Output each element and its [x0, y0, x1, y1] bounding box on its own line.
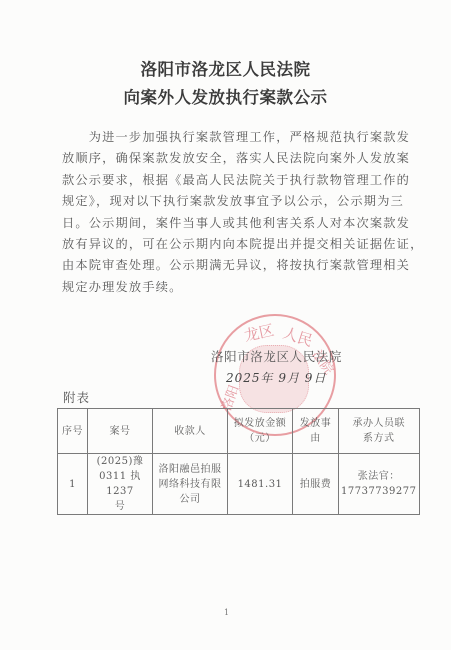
cell-payee: 洛阳融邑拍服网络科技有限公司: [153, 454, 228, 515]
header-contact: 承办人员联系方式: [339, 409, 420, 454]
cell-reason: 拍服费: [293, 454, 339, 515]
cell-case-no: (2025)豫0311 执 1237号: [88, 454, 153, 515]
court-signature: 洛阳市洛龙区人民法院: [211, 347, 342, 365]
body-line: 为进一步加强执行案款管理工作，严格规范执行案款发: [62, 127, 388, 148]
body-line: 日。公示期间，案件当事人或其他利害关系人对本次案款发: [62, 213, 388, 234]
notice-body: 为进一步加强执行案款管理工作，严格规范执行案款发 放顺序，确保案款发放安全，落实…: [62, 127, 388, 298]
document-title-line1: 洛阳市洛龙区人民法院: [0, 56, 451, 80]
signing-date: 2025年 9月 9日: [226, 369, 326, 386]
body-line: 放有异议的，可在公示期内向本院提出并提交相关证据佐证，: [62, 234, 388, 255]
page-number: 1: [224, 608, 229, 617]
body-line: 由本院审查处理。公示期满无异议，将按执行案款管理相关: [62, 255, 388, 276]
header-index: 序号: [58, 409, 88, 454]
body-line: 规定办理发放手续。: [62, 277, 388, 298]
header-amount: 拟发放金额（元）: [228, 409, 293, 454]
payment-table: 序号 案号 收款人 拟发放金额（元） 发放事由 承办人员联系方式 1 (2025…: [57, 408, 420, 515]
header-payee: 收款人: [153, 409, 228, 454]
body-line: 规定》，现对以下执行案款发放事宜予以公示，公示期为三: [62, 191, 388, 212]
cell-contact: 张法官：17737739277: [339, 454, 420, 515]
body-line: 放顺序，确保案款发放安全，落实人民法院向案外人发放案: [62, 148, 388, 169]
appendix-label: 附表: [63, 388, 90, 406]
cell-index: 1: [58, 454, 88, 515]
document-title-line2: 向案外人发放执行案款公示: [0, 84, 451, 108]
cell-amount: 1481.31: [228, 454, 293, 515]
stamp-text-fragment: 龙区: [242, 319, 276, 346]
body-line: 款公示要求，根据《最高人民法院关于执行款物管理工作的: [62, 170, 388, 191]
table-row: 1 (2025)豫0311 执 1237号 洛阳融邑拍服网络科技有限公司 148…: [58, 454, 420, 515]
header-case-no: 案号: [88, 409, 153, 454]
header-reason: 发放事由: [293, 409, 339, 454]
table-header-row: 序号 案号 收款人 拟发放金额（元） 发放事由 承办人员联系方式: [58, 409, 420, 454]
